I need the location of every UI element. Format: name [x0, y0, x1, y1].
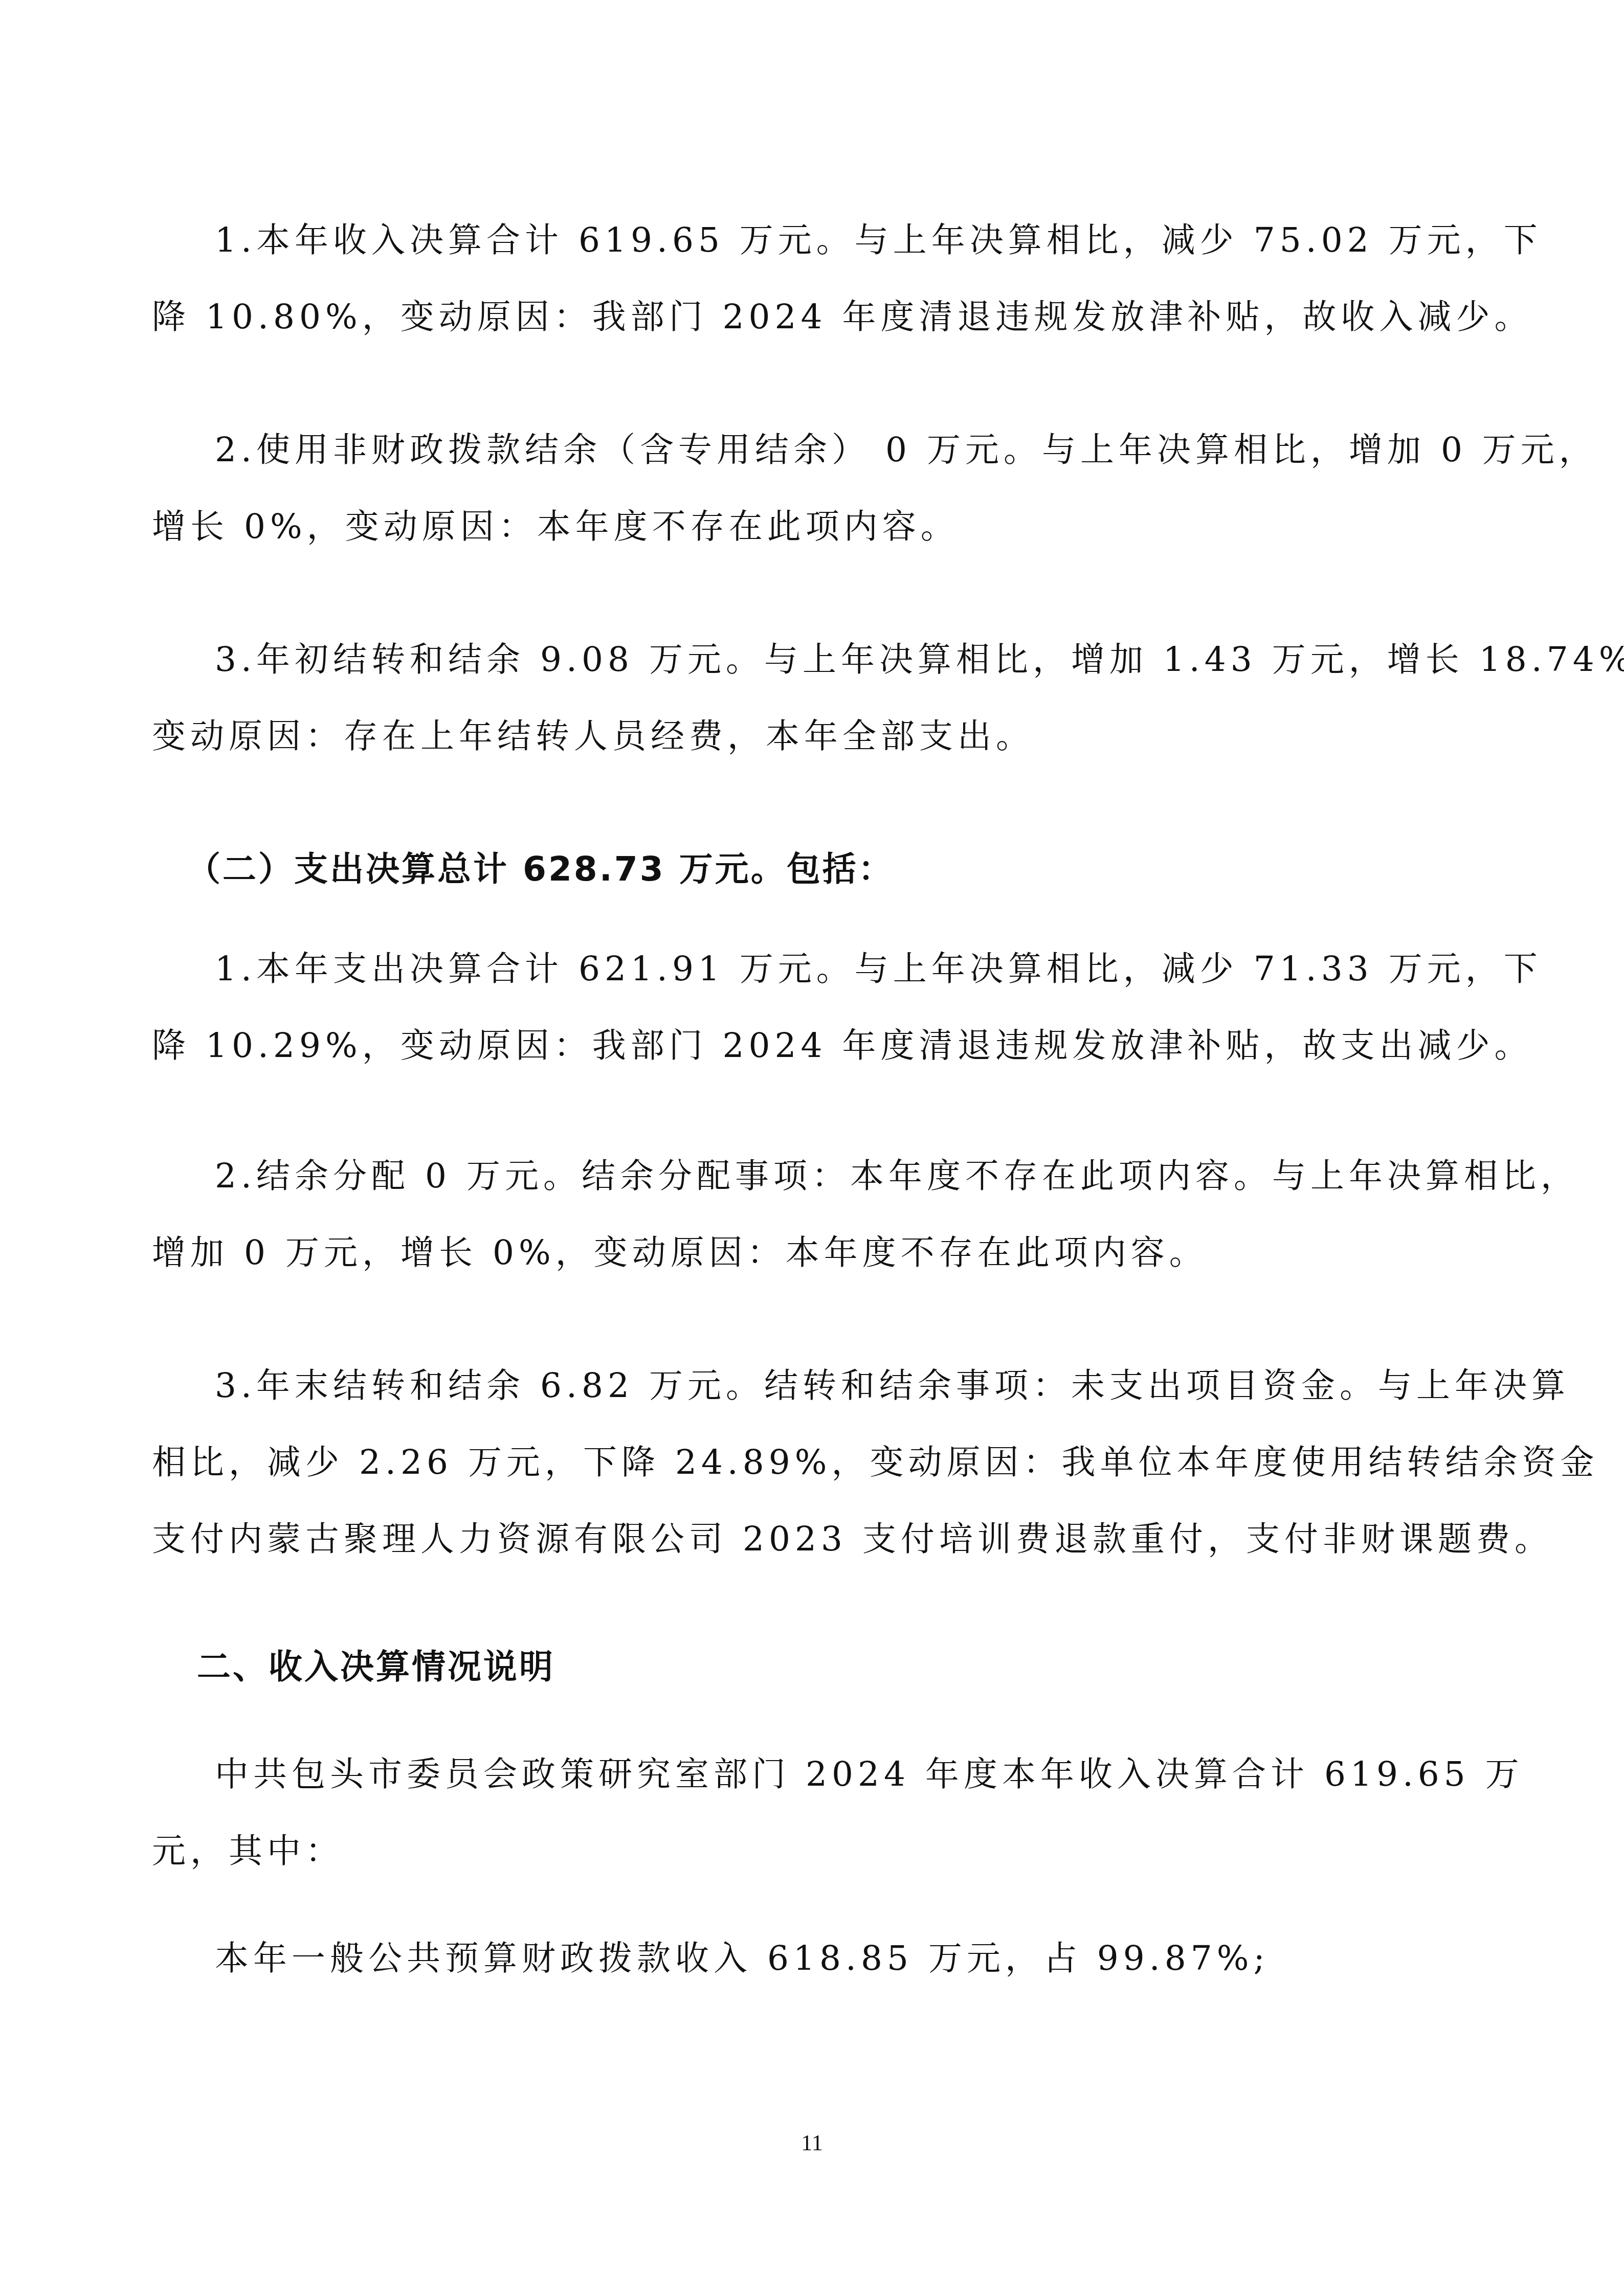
paragraph-expenditure-total-line-2: 降 10.29%，变动原因：我部门 2024 年度清退违规发放津补贴，故支出减少… [152, 1025, 1482, 1066]
paragraph-opening-balance-line-2: 变动原因：存在上年结转人员经费，本年全部支出。 [152, 716, 1482, 757]
paragraph-non-fiscal-balance-line-1: 2.使用非财政拨款结余（含专用结余） 0 万元。与上年决算相比，增加 0 万元， [215, 430, 1482, 470]
paragraph-opening-balance-line-1: 3.年初结转和结余 9.08 万元。与上年决算相比，增加 1.43 万元，增长 … [215, 639, 1482, 680]
section-heading-income-explanation: 二、收入决算情况说明 [197, 1647, 1527, 1687]
document-page: 1.本年收入决算合计 619.65 万元。与上年决算相比，减少 75.02 万元… [0, 0, 1624, 2296]
paragraph-expenditure-total-line-1: 1.本年支出决算合计 621.91 万元。与上年决算相比，减少 71.33 万元… [215, 949, 1482, 989]
paragraph-balance-distribution-line-2: 增加 0 万元，增长 0%，变动原因：本年度不存在此项内容。 [152, 1232, 1482, 1273]
paragraph-income-total-line-1: 1.本年收入决算合计 619.65 万元。与上年决算相比，减少 75.02 万元… [215, 220, 1482, 261]
paragraph-department-income-line-2: 元，其中： [152, 1831, 1482, 1872]
paragraph-income-total-line-2: 降 10.80%，变动原因：我部门 2024 年度清退违规发放津补贴，故收入减少… [152, 297, 1482, 337]
paragraph-non-fiscal-balance-line-2: 增长 0%，变动原因：本年度不存在此项内容。 [152, 506, 1482, 547]
page-number: 11 [0, 2130, 1624, 2156]
paragraph-balance-distribution-line-1: 2.结余分配 0 万元。结余分配事项：本年度不存在此项内容。与上年决算相比， [215, 1156, 1482, 1197]
paragraph-closing-balance-line-3: 支付内蒙古聚理人力资源有限公司 2023 支付培训费退款重付，支付非财课题费。 [152, 1519, 1482, 1560]
paragraph-closing-balance-line-2: 相比，减少 2.26 万元，下降 24.89%，变动原因：我单位本年度使用结转结… [152, 1442, 1482, 1483]
subheading-expenditure-total: （二）支出决算总计 628.73 万元。包括： [187, 849, 1517, 890]
paragraph-closing-balance-line-1: 3.年末结转和结余 6.82 万元。结转和结余事项：未支出项目资金。与上年决算 [215, 1365, 1482, 1406]
paragraph-general-budget-income: 本年一般公共预算财政拨款收入 618.85 万元，占 99.87%; [215, 1938, 1482, 1979]
paragraph-department-income-line-1: 中共包头市委员会政策研究室部门 2024 年度本年收入决算合计 619.65 万 [215, 1754, 1482, 1795]
